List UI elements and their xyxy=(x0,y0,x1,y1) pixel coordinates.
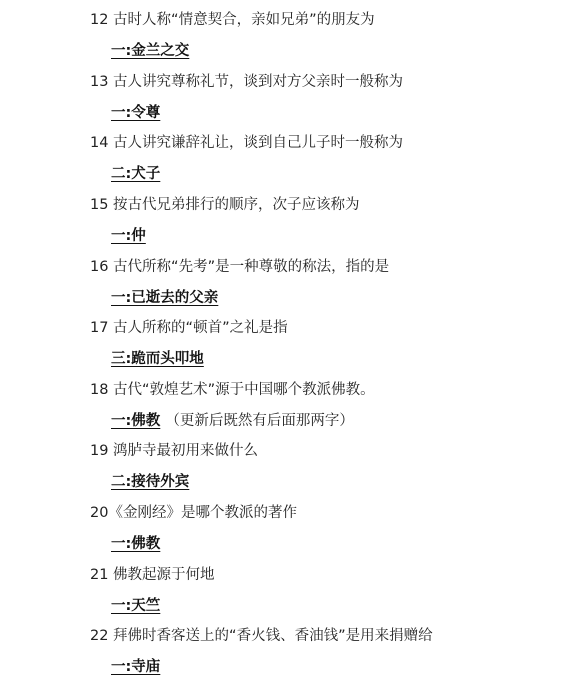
answer-20: 一:佛教 xyxy=(111,535,160,553)
answer-text: 一:令尊 xyxy=(111,105,160,121)
answer-14: 二:犬子 xyxy=(111,165,160,183)
question-17: 17 古人所称的“顿首”之礼是指 xyxy=(90,319,288,337)
answer-text: 二:犬子 xyxy=(111,166,160,182)
question-21: 21 佛教起源于何地 xyxy=(90,566,215,584)
answer-text: 一:寺庙 xyxy=(111,659,160,675)
answer-text: 一:佛教 xyxy=(111,413,160,429)
answer-text: 一:佛教 xyxy=(111,536,160,552)
answer-text: 三:跪而头叩地 xyxy=(111,351,204,367)
answer-note: （更新后既然有后面那两字） xyxy=(165,413,354,429)
answer-18: 一:佛教 （更新后既然有后面那两字） xyxy=(111,412,354,430)
answer-15: 一:仲 xyxy=(111,227,146,245)
answer-text: 一:仲 xyxy=(111,228,146,244)
document-page: 12 古时人称“情意契合，亲如兄弟”的朋友为 一:金兰之交 13 古人讲究尊称礼… xyxy=(0,0,580,686)
question-13: 13 古人讲究尊称礼节，谈到对方父亲时一般称为 xyxy=(90,73,403,91)
answer-19: 二:接待外宾 xyxy=(111,473,189,491)
answer-22: 一:寺庙 xyxy=(111,658,160,676)
question-14: 14 古人讲究谦辞礼让，谈到自己儿子时一般称为 xyxy=(90,134,403,152)
answer-text: 一:已逝去的父亲 xyxy=(111,290,218,306)
answer-21: 一:天竺 xyxy=(111,597,160,615)
question-12: 12 古时人称“情意契合，亲如兄弟”的朋友为 xyxy=(90,11,375,29)
question-20: 20《金刚经》是哪个教派的著作 xyxy=(90,504,297,522)
answer-13: 一:令尊 xyxy=(111,104,160,122)
answer-text: 一:天竺 xyxy=(111,598,160,614)
answer-text: 一:金兰之交 xyxy=(111,43,189,59)
question-15: 15 按古代兄弟排行的顺序，次子应该称为 xyxy=(90,196,360,214)
answer-16: 一:已逝去的父亲 xyxy=(111,289,218,307)
question-16: 16 古代所称“先考”是一种尊敬的称法，指的是 xyxy=(90,258,389,276)
answer-12: 一:金兰之交 xyxy=(111,42,189,60)
answer-17: 三:跪而头叩地 xyxy=(111,350,204,368)
question-22: 22 拜佛时香客送上的“香火钱、香油钱”是用来捐赠给 xyxy=(90,627,433,645)
question-18: 18 古代“敦煌艺术”源于中国哪个教派佛教。 xyxy=(90,381,375,399)
answer-text: 二:接待外宾 xyxy=(111,474,189,490)
question-19: 19 鸿胪寺最初用来做什么 xyxy=(90,442,258,460)
